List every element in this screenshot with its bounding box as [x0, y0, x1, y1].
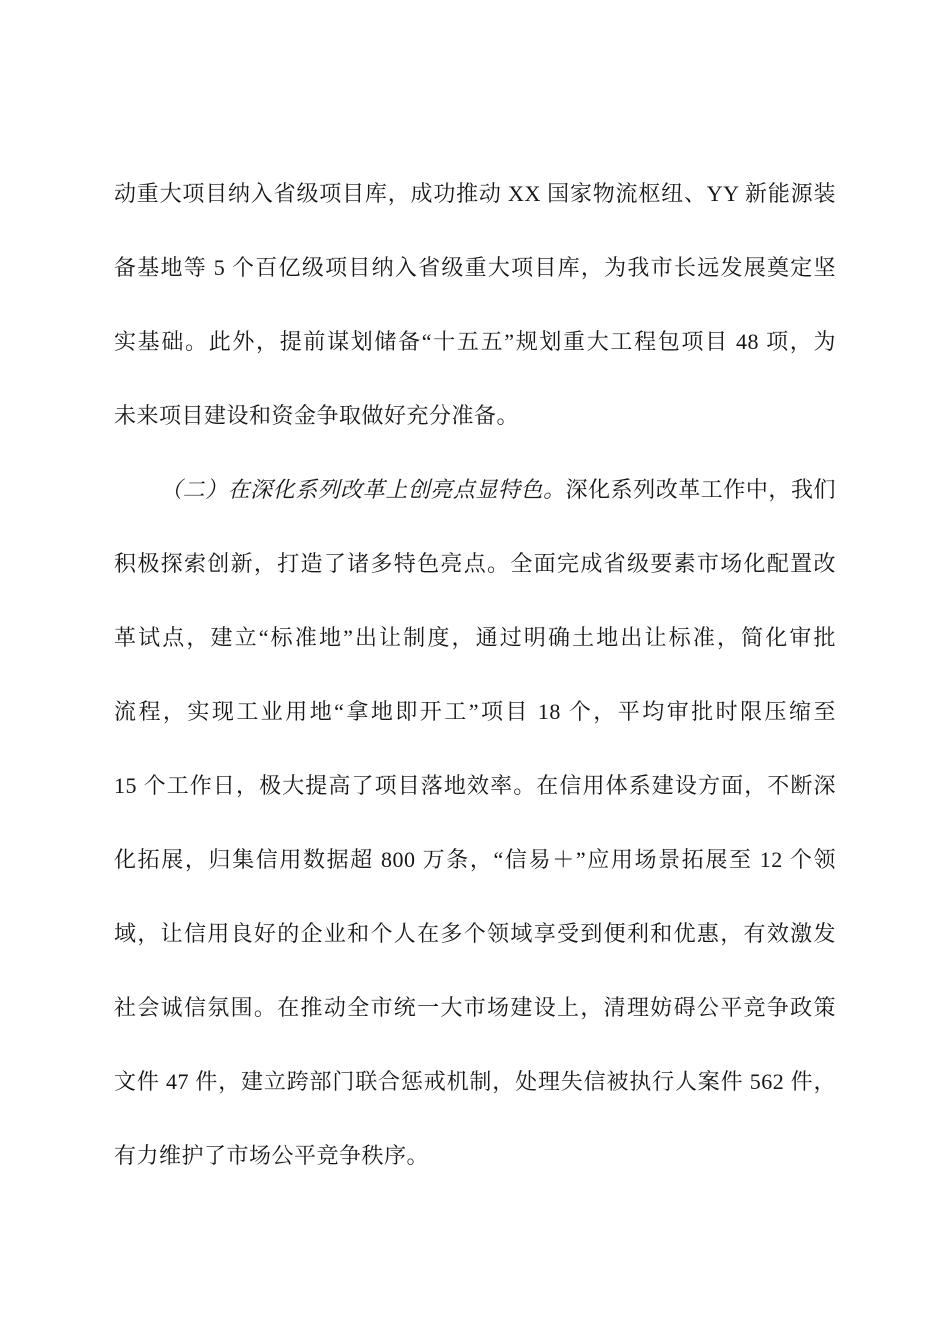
document-body: 动重大项目纳入省级项目库，成功推动 XX 国家物流枢纽、YY 新能源装备基地等 … [114, 157, 836, 1193]
text-segment: 15 个工作日，极大提高了项目落地效率。在信用体系建设方面，不断深 [114, 773, 836, 798]
text-segment: 化拓展，归集信用数据超 800 万条，“信易＋”应用场景拓展至 12 个领 [114, 847, 836, 872]
text-segment: 积极探索创新，打造了诸多特色亮点。全面完成省级要素市场化配置改 [114, 551, 836, 576]
text-segment: 深化系列改革工作中，我们 [566, 477, 836, 502]
text-line: 有力维护了市场公平竞争秩序。 [114, 1119, 836, 1193]
text-line: 流程，实现工业用地“拿地即开工”项目 18 个，平均审批时限压缩至 [114, 675, 836, 749]
text-line: 社会诚信氛围。在推动全市统一大市场建设上，清理妨碍公平竞争政策 [114, 971, 836, 1045]
text-segment: 革试点，建立“标准地”出让制度，通过明确土地出让标准，简化审批 [114, 625, 836, 650]
section-heading: （二）在深化系列改革上创亮点显特色。 [160, 477, 566, 502]
text-line: 积极探索创新，打造了诸多特色亮点。全面完成省级要素市场化配置改 [114, 527, 836, 601]
text-segment: 动重大项目纳入省级项目库，成功推动 XX 国家物流枢纽、YY 新能源装 [114, 181, 836, 206]
text-line: 文件 47 件，建立跨部门联合惩戒机制，处理失信被执行人案件 562 件， [114, 1045, 836, 1119]
text-segment: 流程，实现工业用地“拿地即开工”项目 18 个，平均审批时限压缩至 [114, 699, 836, 724]
text-line: 革试点，建立“标准地”出让制度，通过明确土地出让标准，简化审批 [114, 601, 836, 675]
text-line: 备基地等 5 个百亿级项目纳入省级重大项目库，为我市长远发展奠定坚 [114, 231, 836, 305]
text-line: 15 个工作日，极大提高了项目落地效率。在信用体系建设方面，不断深 [114, 749, 836, 823]
text-line: 域，让信用良好的企业和个人在多个领域享受到便利和优惠，有效激发 [114, 897, 836, 971]
text-line: （二）在深化系列改革上创亮点显特色。深化系列改革工作中，我们 [114, 453, 836, 527]
text-segment: 域，让信用良好的企业和个人在多个领域享受到便利和优惠，有效激发 [114, 921, 836, 946]
text-segment: 未来项目建设和资金争取做好充分准备。 [114, 403, 519, 428]
document-page: 动重大项目纳入省级项目库，成功推动 XX 国家物流枢纽、YY 新能源装备基地等 … [0, 0, 950, 1344]
text-line: 实基础。此外，提前谋划储备“十五五”规划重大工程包项目 48 项，为 [114, 305, 836, 379]
text-line: 动重大项目纳入省级项目库，成功推动 XX 国家物流枢纽、YY 新能源装 [114, 157, 836, 231]
text-line: 化拓展，归集信用数据超 800 万条，“信易＋”应用场景拓展至 12 个领 [114, 823, 836, 897]
text-segment: 文件 47 件，建立跨部门联合惩戒机制，处理失信被执行人案件 562 件， [114, 1069, 836, 1094]
text-segment: 有力维护了市场公平竞争秩序。 [114, 1143, 429, 1168]
text-segment: 社会诚信氛围。在推动全市统一大市场建设上，清理妨碍公平竞争政策 [114, 995, 836, 1020]
text-segment: 备基地等 5 个百亿级项目纳入省级重大项目库，为我市长远发展奠定坚 [114, 255, 836, 280]
text-line: 未来项目建设和资金争取做好充分准备。 [114, 379, 836, 453]
text-segment: 实基础。此外，提前谋划储备“十五五”规划重大工程包项目 48 项，为 [114, 329, 836, 354]
